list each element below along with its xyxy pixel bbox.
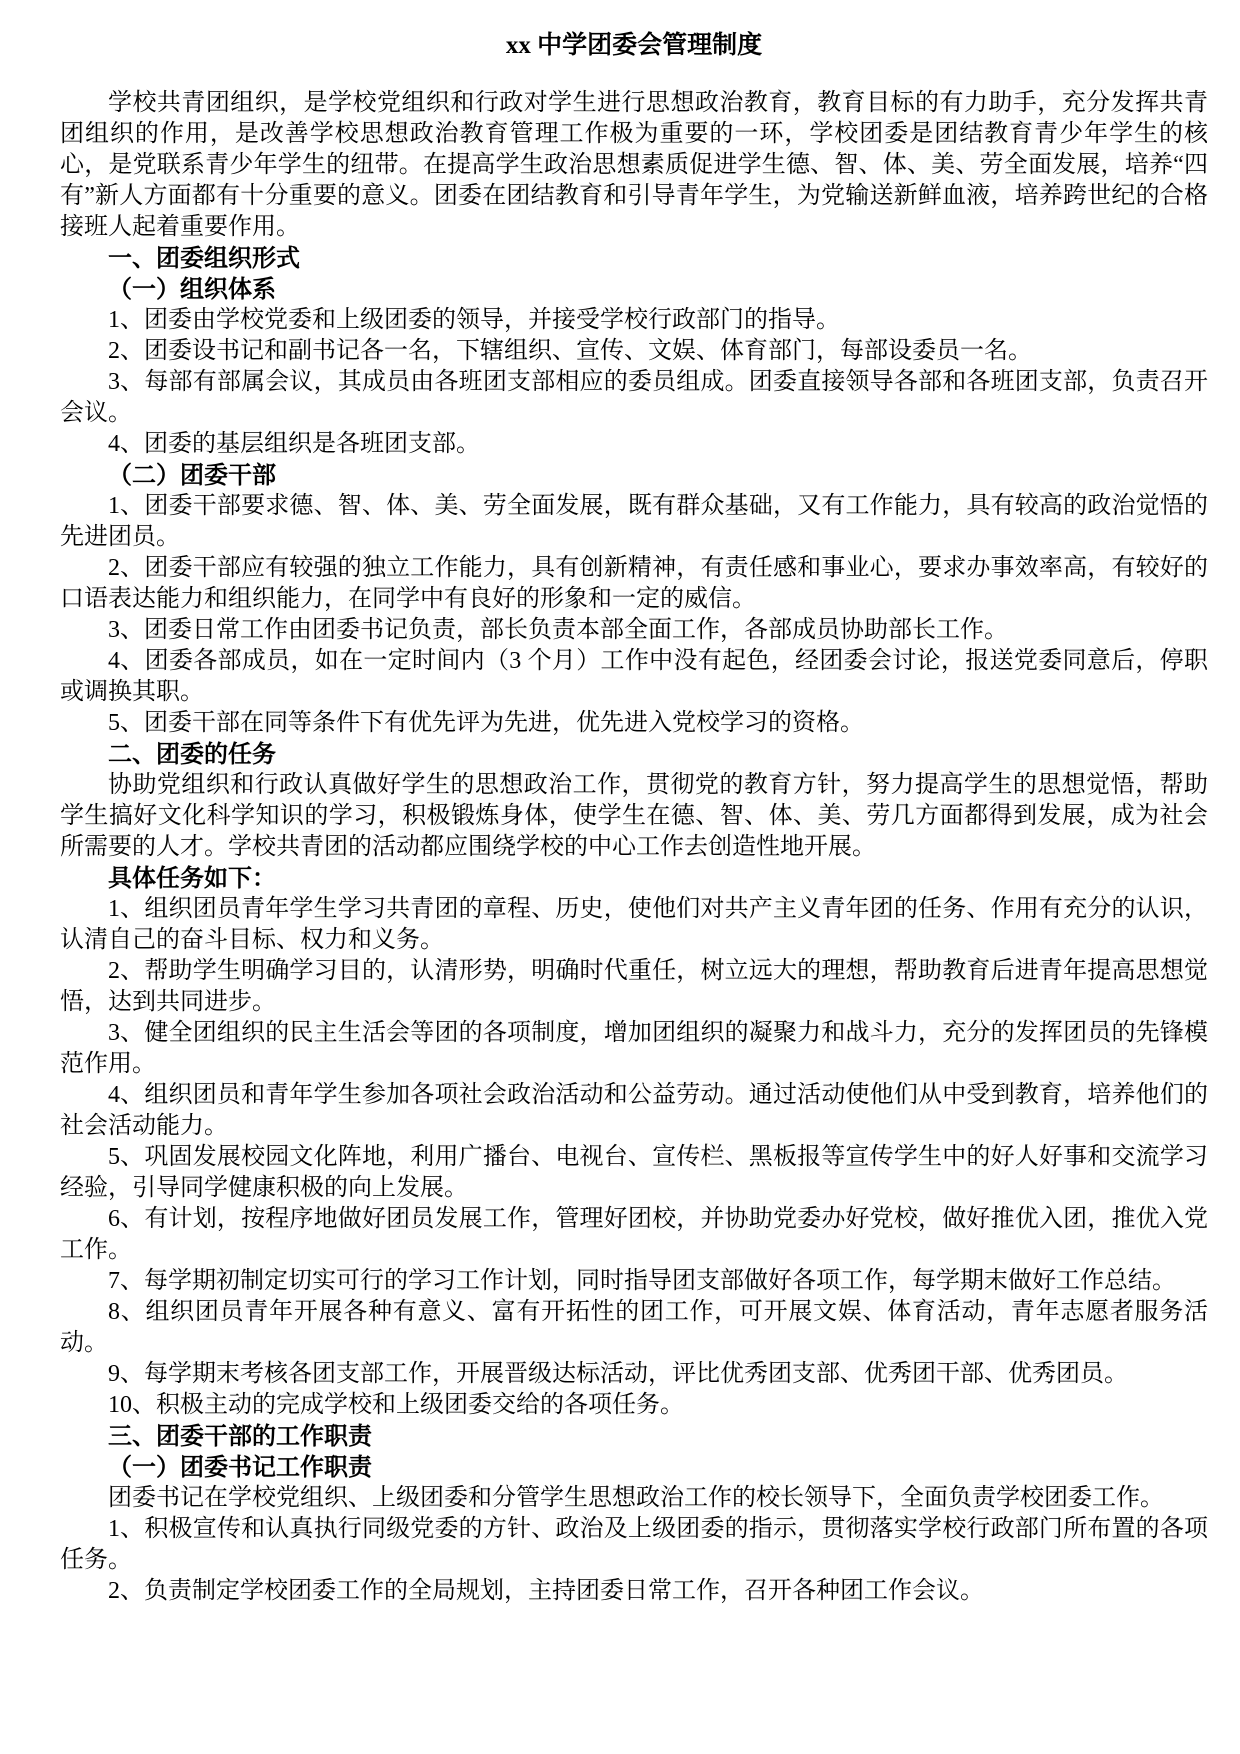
- section-2-heading: 二、团委的任务: [60, 739, 1208, 770]
- list-item: 6、有计划，按程序地做好团员发展工作，管理好团校，并协助党委办好党校，做好推优入…: [60, 1204, 1208, 1266]
- list-item: 4、组织团员和青年学生参加各项社会政治活动和公益劳动。通过活动使他们从中受到教育…: [60, 1080, 1208, 1142]
- tasks-subheading: 具体任务如下：: [60, 863, 1208, 894]
- document-page: xx 中学团委会管理制度 学校共青团组织，是学校党组织和行政对学生进行思想政治教…: [0, 0, 1240, 1754]
- list-item: 3、团委日常工作由团委书记负责，部长负责本部全面工作，各部成员协助部长工作。: [60, 615, 1208, 646]
- document-title: xx 中学团委会管理制度: [60, 30, 1208, 62]
- list-item: 1、积极宣传和认真执行同级党委的方针、政治及上级团委的指示，贯彻落实学校行政部门…: [60, 1514, 1208, 1576]
- list-item: 5、团委干部在同等条件下有优先评为先进，优先进入党校学习的资格。: [60, 708, 1208, 739]
- list-item: 9、每学期末考核各团支部工作，开展晋级达标活动，评比优秀团支部、优秀团干部、优秀…: [60, 1359, 1208, 1390]
- list-item: 4、团委的基层组织是各班团支部。: [60, 429, 1208, 460]
- list-item: 3、健全团组织的民主生活会等团的各项制度，增加团组织的凝聚力和战斗力，充分的发挥…: [60, 1018, 1208, 1080]
- list-item: 10、积极主动的完成学校和上级团委交给的各项任务。: [60, 1390, 1208, 1421]
- list-item: 2、负责制定学校团委工作的全局规划，主持团委日常工作，召开各种团工作会议。: [60, 1576, 1208, 1607]
- intro-paragraph: 学校共青团组织，是学校党组织和行政对学生进行思想政治教育，教育目标的有力助手，充…: [60, 88, 1208, 243]
- subsection-1-1-heading: （一）组织体系: [60, 274, 1208, 305]
- list-item: 2、帮助学生明确学习目的，认清形势，明确时代重任，树立远大的理想，帮助教育后进青…: [60, 956, 1208, 1018]
- list-item: 7、每学期初制定切实可行的学习工作计划，同时指导团支部做好各项工作，每学期末做好…: [60, 1266, 1208, 1297]
- list-item: 1、团委干部要求德、智、体、美、劳全面发展，既有群众基础，又有工作能力，具有较高…: [60, 491, 1208, 553]
- section-1-heading: 一、团委组织形式: [60, 243, 1208, 274]
- list-item: 2、团委设书记和副书记各一名，下辖组织、宣传、文娱、体育部门，每部设委员一名。: [60, 336, 1208, 367]
- list-item: 5、巩固发展校园文化阵地，利用广播台、电视台、宣传栏、黑板报等宣传学生中的好人好…: [60, 1142, 1208, 1204]
- list-item: 2、团委干部应有较强的独立工作能力，具有创新精神，有责任感和事业心，要求办事效率…: [60, 553, 1208, 615]
- list-item: 8、组织团员青年开展各种有意义、富有开拓性的团工作，可开展文娱、体育活动，青年志…: [60, 1297, 1208, 1359]
- list-item: 1、团委由学校党委和上级团委的领导，并接受学校行政部门的指导。: [60, 305, 1208, 336]
- list-item: 4、团委各部成员，如在一定时间内（3 个月）工作中没有起色，经团委会讨论，报送党…: [60, 646, 1208, 708]
- section-2-intro-paragraph: 协助党组织和行政认真做好学生的思想政治工作，贯彻党的教育方针，努力提高学生的思想…: [60, 770, 1208, 863]
- subsection-1-2-heading: （二）团委干部: [60, 460, 1208, 491]
- section-3-heading: 三、团委干部的工作职责: [60, 1421, 1208, 1452]
- list-item: 3、每部有部属会议，其成员由各班团支部相应的委员组成。团委直接领导各部和各班团支…: [60, 367, 1208, 429]
- list-item: 1、组织团员青年学生学习共青团的章程、历史，使他们对共产主义青年团的任务、作用有…: [60, 894, 1208, 956]
- subsection-3-1-heading: （一）团委书记工作职责: [60, 1452, 1208, 1483]
- section-3-intro-paragraph: 团委书记在学校党组织、上级团委和分管学生思想政治工作的校长领导下，全面负责学校团…: [60, 1483, 1208, 1514]
